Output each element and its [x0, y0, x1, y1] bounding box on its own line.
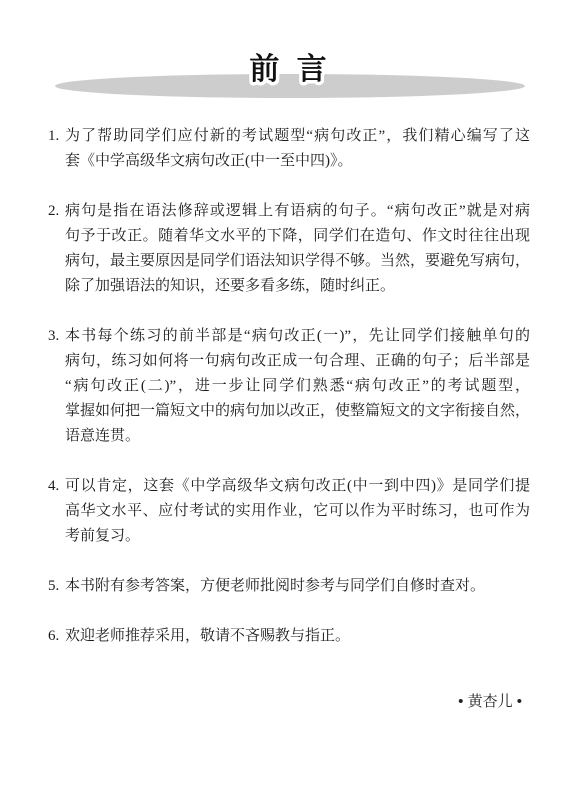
paragraph-line: 考前复习。	[65, 524, 530, 549]
paragraph-line: 本书附有参考答案，方便老师批阅时参考与同学们自修时查对。	[65, 574, 530, 599]
paragraph-text: 本书附有参考答案，方便老师批阅时参考与同学们自修时查对。	[65, 574, 530, 599]
paragraph-number: 3.	[48, 324, 65, 449]
paragraph-line: 语意连贯。	[65, 424, 530, 449]
preface-paragraph-5: 5. 本书附有参考答案，方便老师批阅时参考与同学们自修时查对。	[48, 574, 580, 599]
paragraph-number: 4.	[48, 474, 65, 549]
title-banner: 前 言	[0, 45, 580, 115]
paragraph-text: 病句是指在语法修辞或逻辑上有语病的句子。“病句改正”就是对病 句予于改正。随着华…	[65, 199, 530, 299]
preface-paragraph-2: 2. 病句是指在语法修辞或逻辑上有语病的句子。“病句改正”就是对病 句予于改正。…	[48, 199, 580, 299]
paragraph-line: 句予于改正。随着华文水平的下降，同学们在造句、作文时往往出现	[65, 224, 530, 249]
paragraph-text: 为了帮助同学们应付新的考试题型“病句改正”，我们精心编写了这 套《中学高级华文病…	[65, 124, 530, 174]
paragraph-line: 除了加强语法的知识，还要多看多练，随时纠正。	[65, 274, 530, 299]
author-byline: • 黄杏儿 •	[0, 689, 580, 714]
page-title: 前 言	[249, 53, 326, 86]
paragraph-line: 病句是指在语法修辞或逻辑上有语病的句子。“病句改正”就是对病	[65, 199, 530, 224]
paragraph-line: 掌握如何把一篇短文中的病句加以改正，使整篇短文的文字衔接自然，	[65, 399, 530, 424]
paragraph-line: 病句，练习如何将一句病句改正成一句合理、正确的句子；后半部是	[65, 349, 530, 374]
paragraph-text: 本书每个练习的前半部是“病句改正(一)”，先让同学们接触单句的 病句，练习如何将…	[65, 324, 530, 449]
preface-paragraph-4: 4. 可以肯定，这套《中学高级华文病句改正(中一到中四)》是同学们提 高华文水平…	[48, 474, 580, 549]
preface-body: 1. 为了帮助同学们应付新的考试题型“病句改正”，我们精心编写了这 套《中学高级…	[0, 124, 580, 714]
preface-page: 前 言 1. 为了帮助同学们应付新的考试题型“病句改正”，我们精心编写了这 套《…	[0, 0, 580, 786]
paragraph-line: 高华文水平、应付考试的实用作业，它可以作为平时练习，也可作为	[65, 499, 530, 524]
preface-paragraph-1: 1. 为了帮助同学们应付新的考试题型“病句改正”，我们精心编写了这 套《中学高级…	[48, 124, 580, 174]
paragraph-line: 可以肯定，这套《中学高级华文病句改正(中一到中四)》是同学们提	[65, 474, 530, 499]
paragraph-text: 欢迎老师推荐采用，敬请不吝赐教与指正。	[65, 624, 530, 649]
paragraph-line: “病句改正(二)”，进一步让同学们熟悉“病句改正”的考试题型，	[65, 374, 530, 399]
page-header: 前 言	[0, 0, 580, 115]
paragraph-line: 套《中学高级华文病句改正(中一至中四)》。	[65, 149, 530, 174]
paragraph-number: 5.	[48, 574, 65, 599]
paragraph-number: 1.	[48, 124, 65, 174]
paragraph-line: 本书每个练习的前半部是“病句改正(一)”，先让同学们接触单句的	[65, 324, 530, 349]
paragraph-number: 6.	[48, 624, 65, 649]
paragraph-line: 病句，最主要原因是同学们语法知识学得不够。当然，要避免写病句，	[65, 249, 530, 274]
paragraph-number: 2.	[48, 199, 65, 299]
paragraph-line: 为了帮助同学们应付新的考试题型“病句改正”，我们精心编写了这	[65, 124, 530, 149]
preface-paragraph-3: 3. 本书每个练习的前半部是“病句改正(一)”，先让同学们接触单句的 病句，练习…	[48, 324, 580, 449]
paragraph-text: 可以肯定，这套《中学高级华文病句改正(中一到中四)》是同学们提 高华文水平、应付…	[65, 474, 530, 549]
preface-paragraph-6: 6. 欢迎老师推荐采用，敬请不吝赐教与指正。	[48, 624, 580, 649]
paragraph-line: 欢迎老师推荐采用，敬请不吝赐教与指正。	[65, 624, 530, 649]
